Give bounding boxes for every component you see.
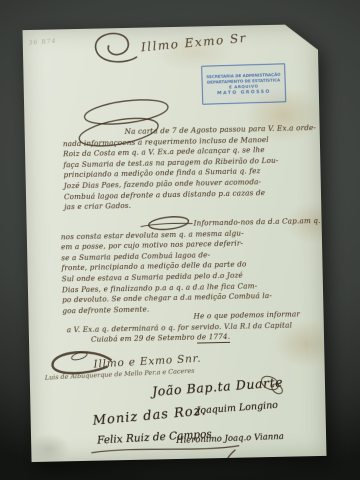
signature-longino: Joaquim Longino <box>196 400 278 417</box>
archive-stamp-text: SECRETARIA DE ADMINISTRAÇÃO DEPARTAMENTO… <box>202 64 285 104</box>
stamp-line-3: E ARQUIVO <box>229 84 258 89</box>
body-paragraph-2: Informando-nos da d.a Cap.am q. nos cons… <box>61 216 323 317</box>
manuscript-page: 36 R74 Illmo Exmo Sr SECRETARIA DE ADMIN… <box>23 24 327 462</box>
salutation-line: Illmo Exmo Sr <box>140 31 247 55</box>
date-text: Cuiabá em 29 de Setembro <box>91 333 197 344</box>
pencil-annotation: 36 R74 <box>29 38 57 47</box>
pen-flourish-header <box>91 29 142 68</box>
body-paragraph-1: Na carta de 7 de Agosto passou para V. E… <box>63 123 318 213</box>
ink-blot <box>258 373 286 398</box>
closing-paragraph: He o que podemos informar a V. Ex.a q. d… <box>62 309 300 346</box>
date-underlined: de 1774. <box>197 332 230 343</box>
photo-backdrop: 36 R74 Illmo Exmo Sr SECRETARIA DE ADMIN… <box>0 0 360 480</box>
paper-shadow: 36 R74 Illmo Exmo Sr SECRETARIA DE ADMIN… <box>23 24 327 462</box>
archive-stamp: SECRETARIA DE ADMINISTRAÇÃO DEPARTAMENTO… <box>201 63 286 105</box>
signature-moniz: Moniz das Roz. <box>92 403 207 428</box>
pen-flourish-descender <box>213 447 256 480</box>
stamp-line-4: MATO GROSSO <box>217 89 271 96</box>
